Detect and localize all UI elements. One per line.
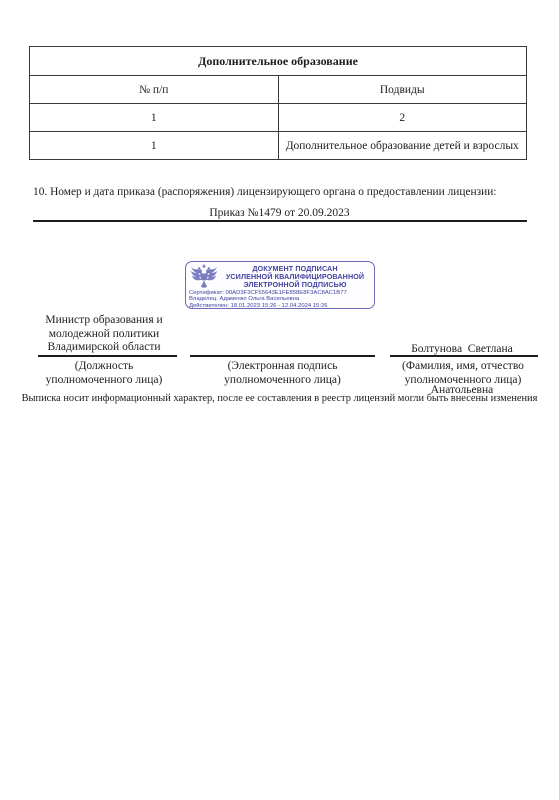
caption-line: уполномоченного лица) bbox=[183, 374, 382, 388]
signer-position-text: Министр образования и молодежной политик… bbox=[28, 314, 180, 355]
footer-note: Выписка носит информационный характер, п… bbox=[0, 393, 559, 404]
caption-position: (Должность уполномоченного лица) bbox=[24, 360, 184, 387]
electronic-signature-stamp: ДОКУМЕНТ ПОДПИСАН УСИЛЕННОЙ КВАЛИФИЦИРОВ… bbox=[185, 261, 375, 309]
caption-line: (Должность bbox=[24, 360, 184, 374]
table-cell: 1 bbox=[30, 104, 279, 132]
document-page: Дополнительное образование № п/п Подвиды… bbox=[0, 0, 559, 800]
table-title: Дополнительное образование bbox=[30, 47, 527, 76]
column-header-number: № п/п bbox=[30, 76, 279, 104]
order-underline bbox=[33, 220, 527, 222]
table-row: 1 2 bbox=[30, 104, 527, 132]
stamp-title-line: ЭЛЕКТРОННОЙ ПОДПИСЬЮ bbox=[219, 281, 371, 289]
signature-line-name bbox=[390, 355, 538, 357]
signer-position-line: Министр образования и bbox=[28, 314, 180, 328]
column-header-subtypes: Подвиды bbox=[278, 76, 527, 104]
table-cell: Дополнительное образование детей и взрос… bbox=[278, 132, 527, 160]
stamp-title: ДОКУМЕНТ ПОДПИСАН УСИЛЕННОЙ КВАЛИФИЦИРОВ… bbox=[219, 264, 371, 289]
russia-coat-of-arms-icon bbox=[189, 264, 219, 289]
caption-line: (Фамилия, имя, отчество bbox=[381, 360, 545, 374]
table-row: 1 Дополнительное образование детей и взр… bbox=[30, 132, 527, 160]
stamp-details: Сертификат: 00AD3F3CF55643E1FE858E8F3AC8… bbox=[189, 290, 371, 309]
order-label-text: 10. Номер и дата приказа (распоряжения) … bbox=[33, 186, 533, 199]
table-cell: 1 bbox=[30, 132, 279, 160]
stamp-header: ДОКУМЕНТ ПОДПИСАН УСИЛЕННОЙ КВАЛИФИЦИРОВ… bbox=[189, 264, 371, 289]
additional-education-table: Дополнительное образование № п/п Подвиды… bbox=[29, 46, 527, 160]
caption-name: (Фамилия, имя, отчество уполномоченного … bbox=[381, 360, 545, 387]
stamp-validity: Действителен: 18.01.2023 15:26 - 12.04.2… bbox=[189, 303, 371, 309]
caption-line: уполномоченного лица) bbox=[381, 374, 545, 388]
caption-line: уполномоченного лица) bbox=[24, 374, 184, 388]
signer-position-line: молодежной политики bbox=[28, 328, 180, 342]
caption-line: (Электронная подпись bbox=[183, 360, 382, 374]
order-value-text: Приказ №1479 от 20.09.2023 bbox=[0, 207, 559, 219]
table-cell: 2 bbox=[278, 104, 527, 132]
signer-position-line: Владимирской области bbox=[28, 341, 180, 355]
signature-line-position bbox=[38, 355, 177, 357]
signature-line-stamp bbox=[190, 355, 375, 357]
caption-signature: (Электронная подпись уполномоченного лиц… bbox=[183, 360, 382, 387]
